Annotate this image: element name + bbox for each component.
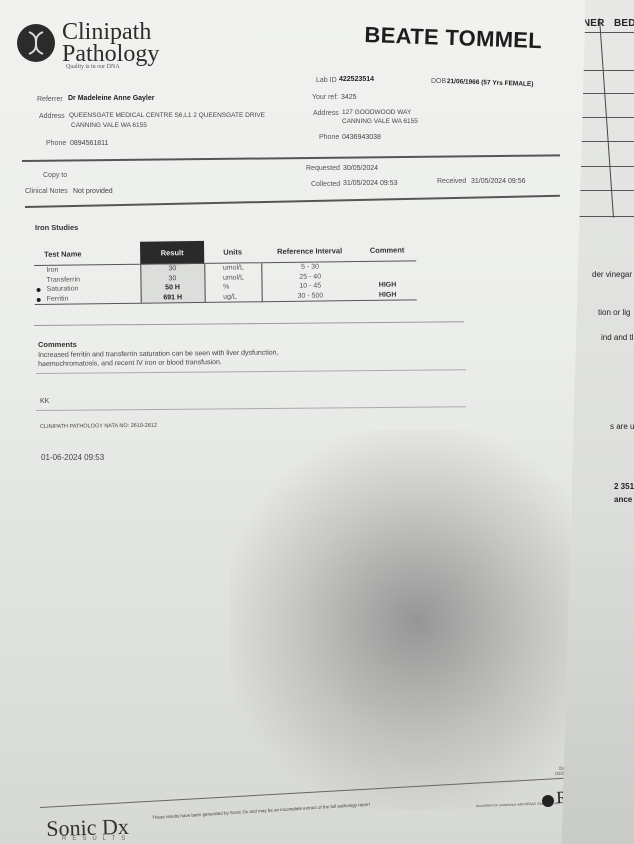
patient-address-line2: CANNING VALE WA 6155 <box>342 118 418 125</box>
rcpa-seal-icon <box>542 795 554 807</box>
lab-name-line2: Pathology <box>62 42 159 66</box>
header-reference-interval: Reference Interval <box>261 239 358 263</box>
patient-phone-label: Phone <box>319 134 339 141</box>
nata-number: CLINIPATH PATHOLOGY NATA NO: 2619-2612 <box>40 423 157 430</box>
collected-datetime: 31/05/2024 09:53 <box>343 180 398 187</box>
test-name-text: Transferrin <box>46 276 80 283</box>
comments-text: Increased ferritin and transferrin satur… <box>38 348 338 369</box>
your-ref-label: Your ref: <box>312 94 338 101</box>
pathology-report-page: Clinipath Pathology Quality is in our DN… <box>0 0 585 844</box>
report-timestamp: 01-06-2024 09:53 <box>41 453 104 462</box>
result-value-text: 30 <box>168 275 176 282</box>
dob-label: DOB <box>431 78 446 85</box>
header-test-name: Test Name <box>34 242 140 266</box>
dna-logo-icon <box>17 24 55 62</box>
header-result: Result <box>140 241 204 264</box>
result-value-text: 30 <box>168 266 176 273</box>
collected-label: Collected <box>311 181 340 188</box>
requested-date: 30/05/2024 <box>343 165 378 172</box>
background-text: s are u <box>610 422 634 431</box>
divider <box>22 154 560 161</box>
units: umol/L <box>204 263 261 274</box>
lab-id-label: Lab ID <box>316 77 337 84</box>
comment: HIGH <box>359 290 417 301</box>
divider <box>36 406 466 411</box>
referrer-address-line1: QUEENSGATE MEDICAL CENTRE S6,L1 2 QUEENS… <box>69 112 265 119</box>
lab-id: 422523514 <box>339 76 374 83</box>
dob: 21/06/1966 (57 Yrs FEMALE) <box>447 78 534 88</box>
patient-phone: 0436943038 <box>342 134 381 141</box>
disclaimer-text: These results have been generated by Son… <box>152 802 370 820</box>
reference-interval-text: 5 - 30 <box>301 264 319 271</box>
received-label: Received <box>437 178 466 185</box>
sonic-dx-subtitle: RESULTS <box>62 836 131 842</box>
units-text: % <box>223 284 229 291</box>
reference-interval: 30 - 500 <box>262 291 359 302</box>
initials: KK <box>40 398 49 405</box>
copy-to-label: Copy to <box>43 172 67 179</box>
patient-address-label: Address <box>313 110 339 117</box>
units-text: ug/L <box>223 293 237 300</box>
test-name-text: Saturation <box>47 286 79 293</box>
test-name-text: Iron <box>46 267 58 274</box>
referrer-name: Dr Madeleine Anne Gayler <box>68 95 155 102</box>
units: ug/L <box>205 292 262 303</box>
background-text: tion or lig <box>598 308 630 317</box>
comment <box>358 261 416 272</box>
units-text: umol/L <box>223 274 244 281</box>
patient-name: BEATE TOMMEL <box>364 22 542 54</box>
reference-interval-text: 10 - 45 <box>299 283 321 290</box>
header-comment: Comment <box>358 238 416 261</box>
received-datetime: 31/05/2024 09:56 <box>471 178 526 185</box>
units-text: umol/L <box>223 265 244 272</box>
header-units: Units <box>204 240 261 263</box>
your-ref: 3425 <box>341 94 357 101</box>
background-text: ance <box>614 495 632 504</box>
column-bedtime: BEDT <box>614 18 634 29</box>
referrer-label: Referrer <box>37 96 63 103</box>
referrer-address-line2: CANNING VALE WA 6155 <box>71 122 147 129</box>
clinical-notes: Not provided <box>73 188 113 195</box>
abnormal-bullet-icon <box>37 297 41 301</box>
requested-label: Requested <box>306 165 340 172</box>
background-text: 2 351 <box>614 482 634 491</box>
divider <box>36 369 466 374</box>
abnormal-bullet-icon <box>37 288 41 292</box>
divider <box>34 321 464 326</box>
divider <box>25 195 560 208</box>
table-line <box>599 18 614 218</box>
background-text: ind and tl <box>601 333 633 342</box>
reference-interval-text: 30 - 500 <box>298 292 324 299</box>
test-name: Ferritin <box>35 293 141 304</box>
result-value: 691 H <box>141 292 205 303</box>
clinical-notes-label: Clinical Notes <box>25 188 68 195</box>
background-text: der vinegar <box>592 270 632 279</box>
result-value-text: 50 H <box>165 284 180 291</box>
referrer-phone: 0894561811 <box>70 140 108 147</box>
result-value-text: 691 H <box>163 294 182 301</box>
comments-heading: Comments <box>38 340 77 349</box>
lab-tagline: Quality is in our DNA <box>66 64 120 70</box>
referrer-address-label: Address <box>39 113 65 120</box>
patient-address-line1: 127 GOODWOOD WAY <box>342 109 411 116</box>
referrer-phone-label: Phone <box>46 140 66 147</box>
comment-text: HIGH <box>379 291 397 298</box>
comment-text: HIGH <box>379 282 397 289</box>
test-name-text: Ferritin <box>47 295 69 302</box>
reference-interval-text: 25 - 40 <box>299 273 321 280</box>
photo-shadow <box>230 430 570 810</box>
section-title: Iron Studies <box>35 223 78 232</box>
iron-studies-table: Test Name Result Units Reference Interva… <box>34 238 417 305</box>
